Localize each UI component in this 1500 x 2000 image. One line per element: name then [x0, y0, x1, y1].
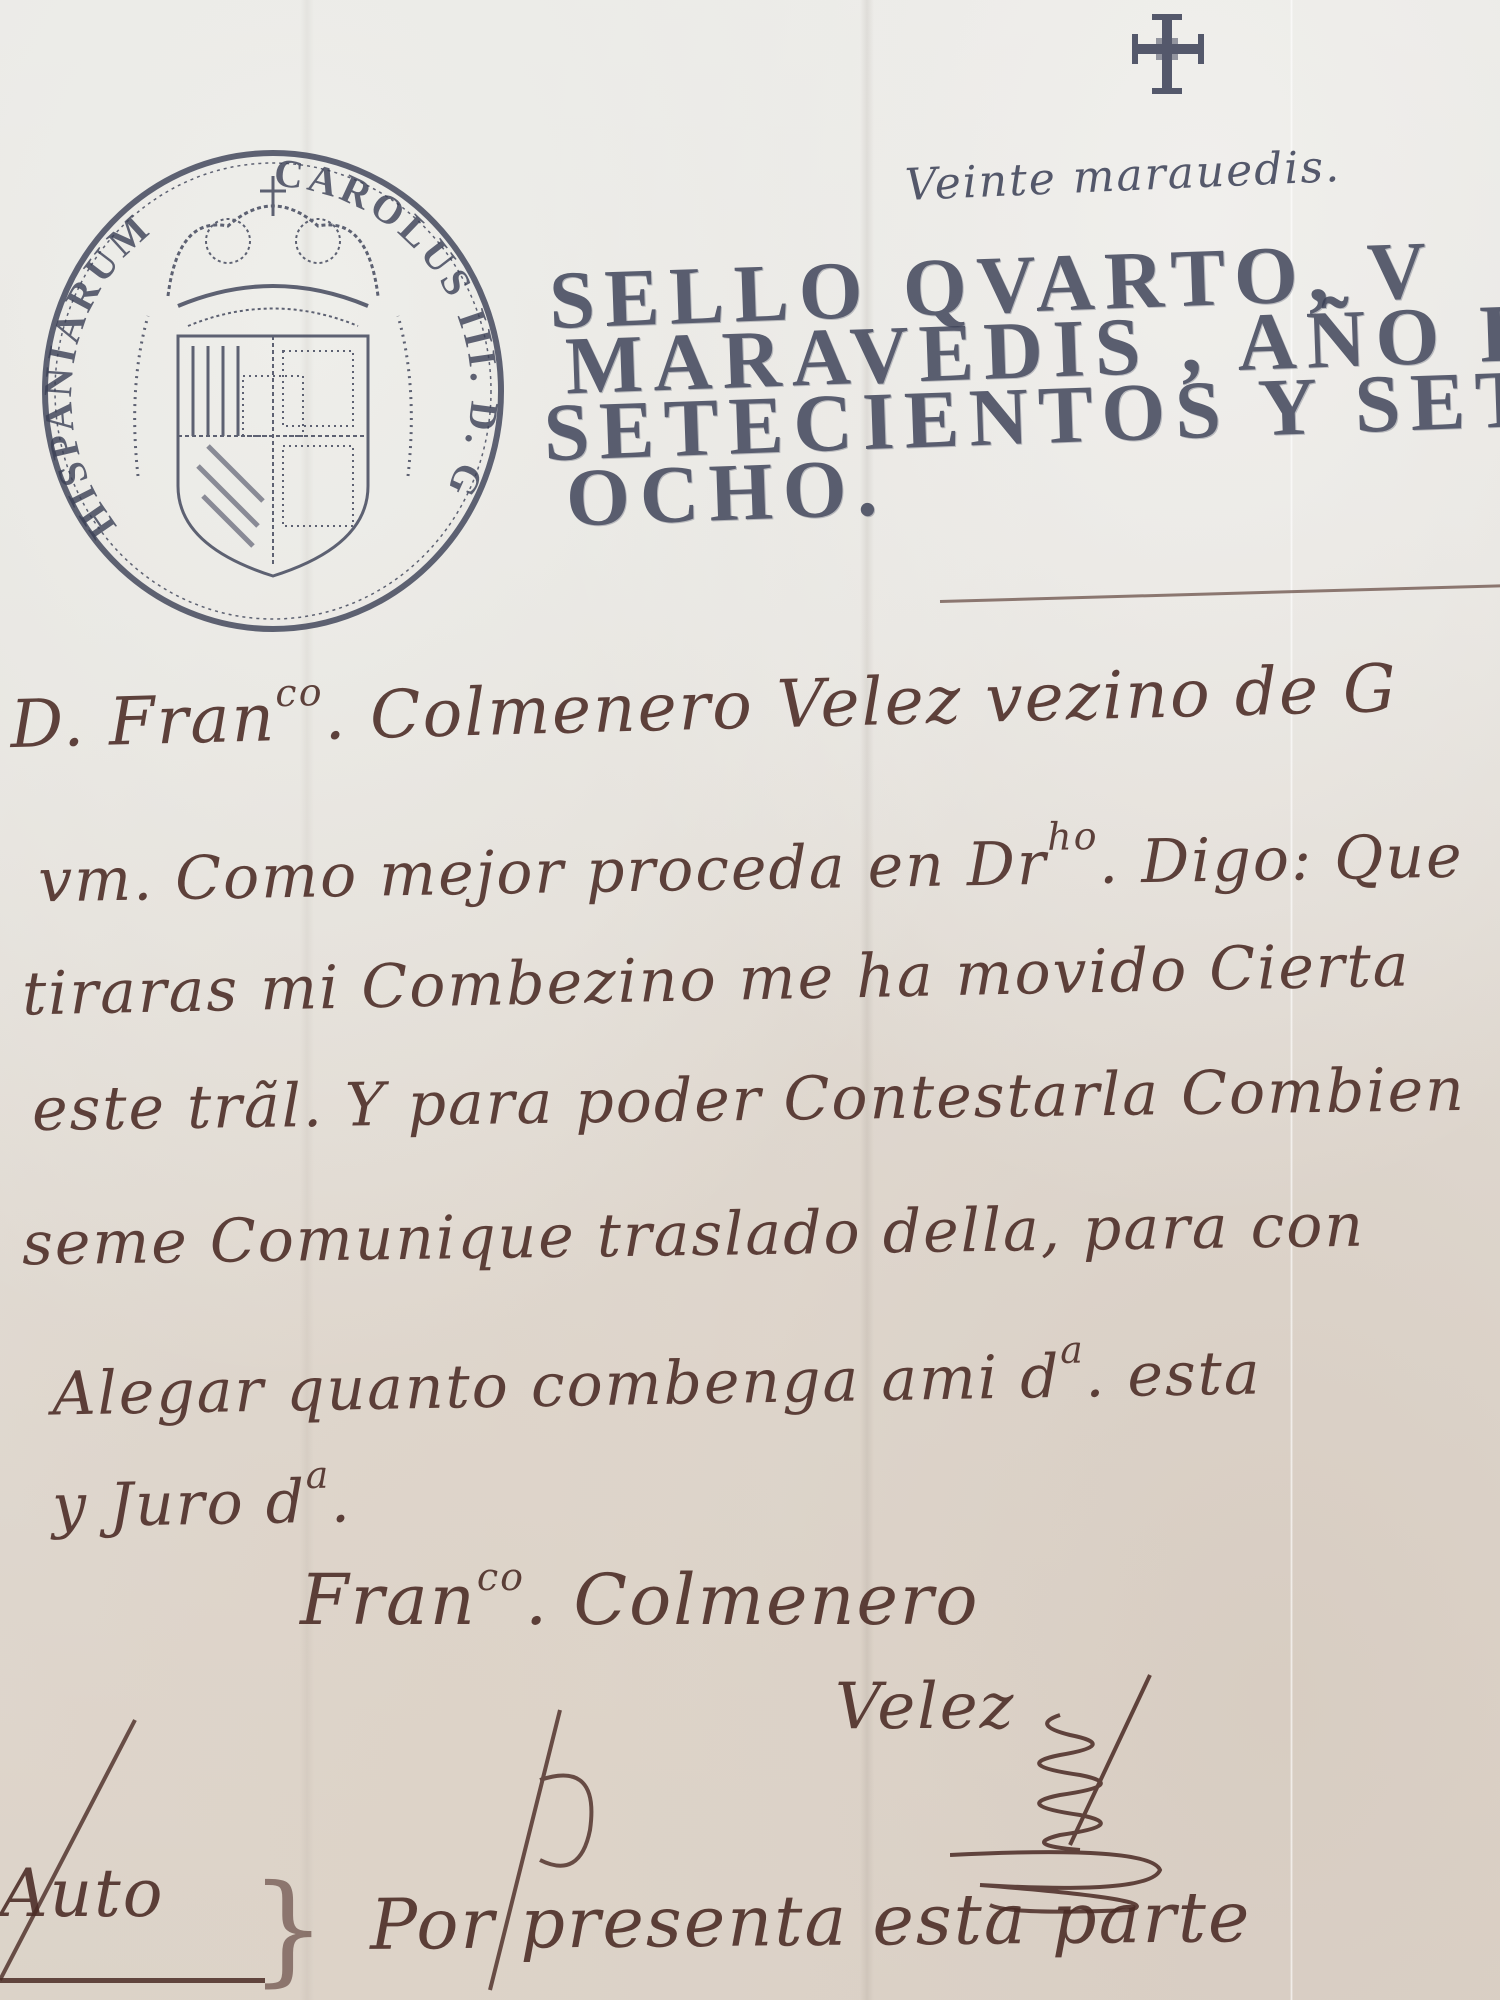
body-line: y Juro da.: [51, 1452, 352, 1541]
body-line: Alegar quanto combenga ami da. esta: [51, 1324, 1262, 1429]
body-line: D. Franco. Colmenero Velez vezino de G: [9, 642, 1398, 763]
body-line-continuation: Por presenta esta parte: [370, 1876, 1252, 1966]
royal-coat-of-arms-seal-icon: CAROLUS III. D. G. HISPANIARUM REX: [28, 146, 518, 636]
seal-legend-left: HISPANIARUM REX: [28, 146, 171, 547]
body-line: este trãl. Y para poder Contestarla Comb…: [32, 1055, 1467, 1145]
margin-note: Auto: [0, 1855, 164, 1932]
seal-legend-right: CAROLUS III. D. G.: [28, 146, 508, 507]
svg-text:HISPANIARUM REX: HISPANIARUM REX: [28, 146, 171, 547]
body-line: vm. Como mejor proceda en Drho. Digo: Qu…: [37, 808, 1464, 917]
stamp-header: SELLO QVARTO, V MARAVEDIS , AÑO D SETECI…: [548, 231, 1500, 532]
header-rule: [940, 584, 1500, 603]
stamp-value-line: Veinte marauedis.: [904, 141, 1342, 211]
margin-brace: }: [250, 1860, 326, 1999]
svg-text:CAROLUS III. D. G.: CAROLUS III. D. G.: [28, 146, 508, 507]
cross-potent-icon: [1128, 10, 1208, 100]
margin-note-underline: [0, 1978, 265, 1983]
body-line: tiraras mi Combezino me ha movido Cierta: [21, 930, 1411, 1029]
signature-name: Franco. Colmenero: [300, 1555, 980, 1641]
body-line: seme Comunique traslado della, para con: [22, 1191, 1366, 1280]
